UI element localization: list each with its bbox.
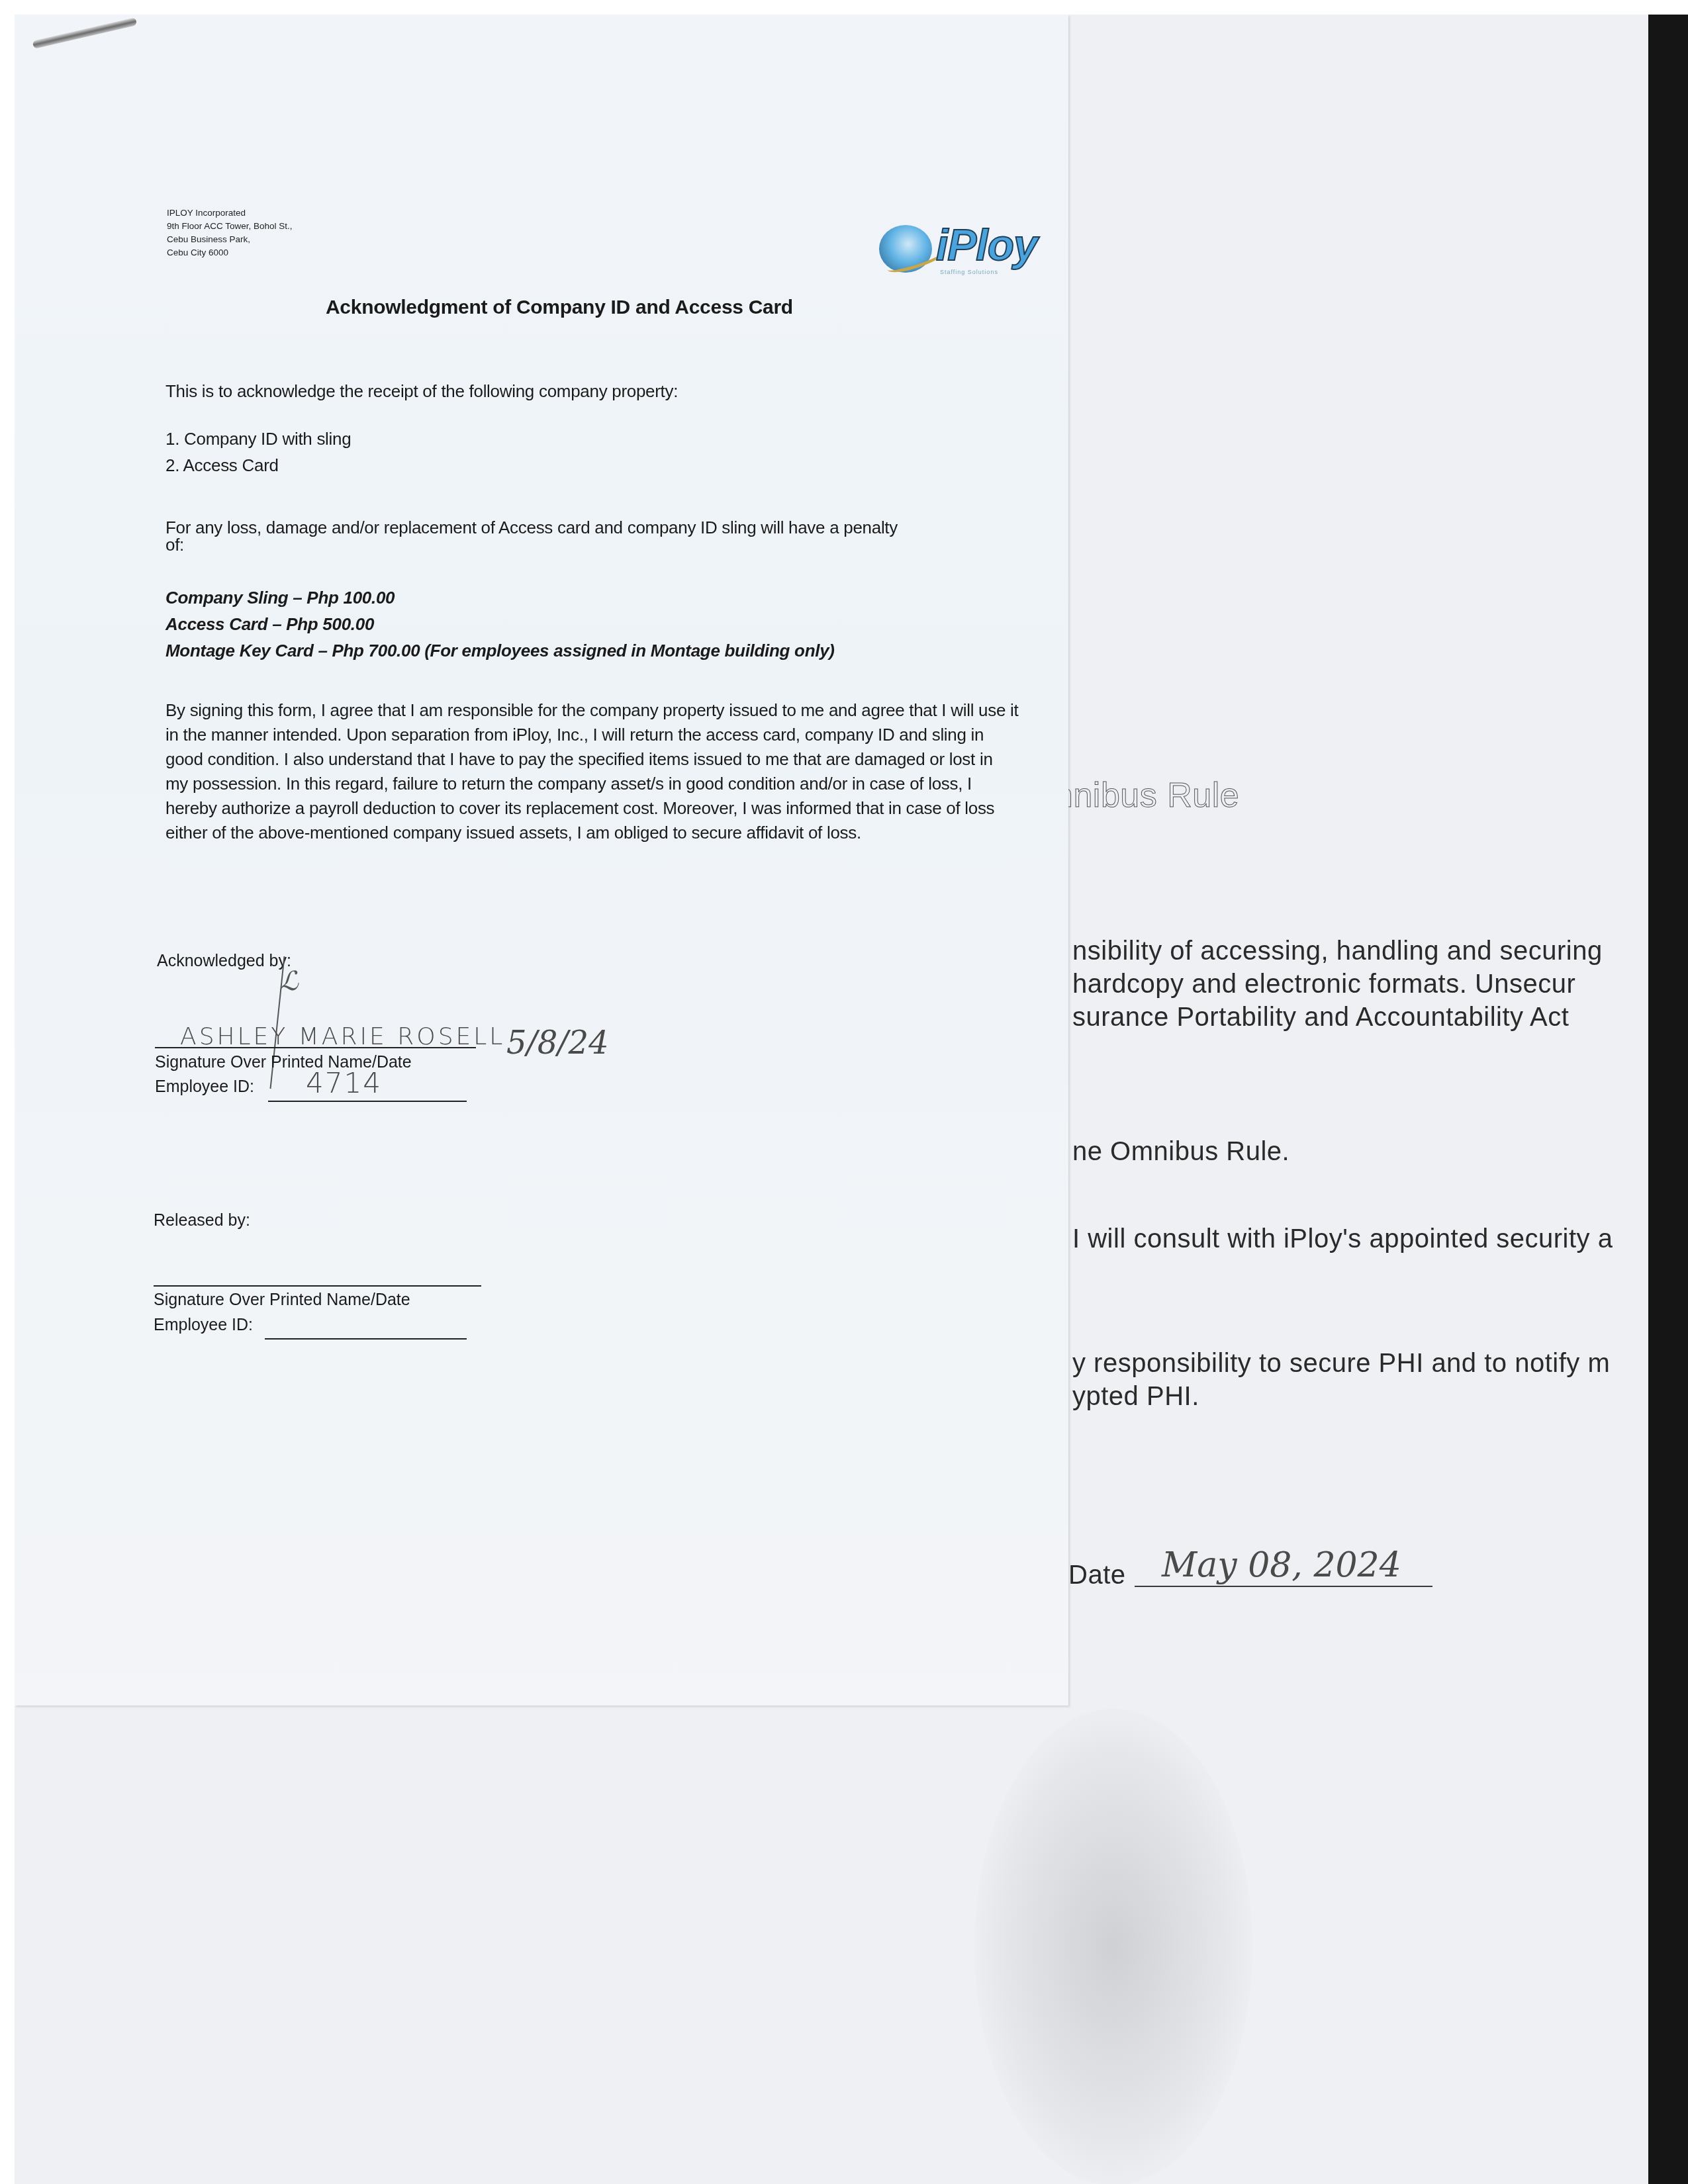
back-date-line <box>1135 1586 1432 1587</box>
logo-wordmark: iPloy <box>936 220 1037 270</box>
back-line-5: I will consult with iPloy's appointed se… <box>1072 1224 1613 1254</box>
penalty-item: Montage Key Card – Php 700.00 (For emplo… <box>165 641 835 661</box>
acknowledged-employee-id-line <box>268 1101 467 1102</box>
intro-text: This is to acknowledge the receipt of th… <box>165 381 678 402</box>
handwritten-date: 5/8/24 <box>506 1024 609 1062</box>
released-signature-label: Signature Over Printed Name/Date <box>154 1291 410 1310</box>
released-employee-id-line <box>265 1338 467 1340</box>
back-line-4: ne Omnibus Rule. <box>1072 1137 1289 1167</box>
employee-id-handwritten: 4714 <box>306 1067 382 1099</box>
released-label: Released by: <box>154 1211 250 1230</box>
address-line: IPLOY Incorporated <box>167 206 293 220</box>
property-item: 1. Company ID with sling <box>165 429 351 449</box>
released-signature-line <box>154 1285 481 1287</box>
scanner-edge <box>1648 15 1688 2184</box>
penalty-intro: For any loss, damage and/or replacement … <box>165 518 898 538</box>
back-line-7: ypted PHI. <box>1072 1382 1199 1412</box>
back-line-6: y responsibility to secure PHI and to no… <box>1072 1349 1610 1379</box>
signature-flourish: ℒ <box>279 966 299 997</box>
agreement-paragraph: By signing this form, I agree that I am … <box>165 698 1019 845</box>
acknowledged-employee-id-label: Employee ID: <box>155 1077 254 1097</box>
company-address: IPLOY Incorporated 9th Floor ACC Tower, … <box>167 206 293 259</box>
smudge-mark <box>974 1709 1252 2184</box>
penalty-item: Access Card – Php 500.00 <box>165 614 374 635</box>
handwritten-name: ASHLEY MARIE ROSELL <box>180 1023 505 1050</box>
address-line: 9th Floor ACC Tower, Bohol St., <box>167 220 293 233</box>
document-title: Acknowledgment of Company ID and Access … <box>326 296 793 319</box>
back-document-title: nnibus Rule <box>1054 776 1239 815</box>
back-line-1: nsibility of accessing, handling and sec… <box>1072 936 1603 966</box>
back-line-3: surance Portability and Accountability A… <box>1072 1003 1569 1032</box>
logo-tagline: Staffing Solutions <box>940 269 998 275</box>
released-employee-id-label: Employee ID: <box>154 1316 253 1335</box>
penalty-item: Company Sling – Php 100.00 <box>165 588 395 608</box>
acknowledged-label: Acknowledged by: <box>157 952 291 971</box>
address-line: Cebu Business Park, <box>167 233 293 246</box>
penalty-intro-cont: of: <box>165 535 184 555</box>
address-line: Cebu City 6000 <box>167 246 293 259</box>
company-logo: iPloy Staffing Solutions <box>879 218 1058 279</box>
back-date-handwritten: May 08, 2024 <box>1162 1545 1401 1585</box>
acknowledged-signature-line <box>155 1047 476 1048</box>
back-date-label: Date <box>1068 1561 1126 1590</box>
property-item: 2. Access Card <box>165 455 279 476</box>
back-line-2: hardcopy and electronic formats. Unsecur <box>1072 970 1575 999</box>
